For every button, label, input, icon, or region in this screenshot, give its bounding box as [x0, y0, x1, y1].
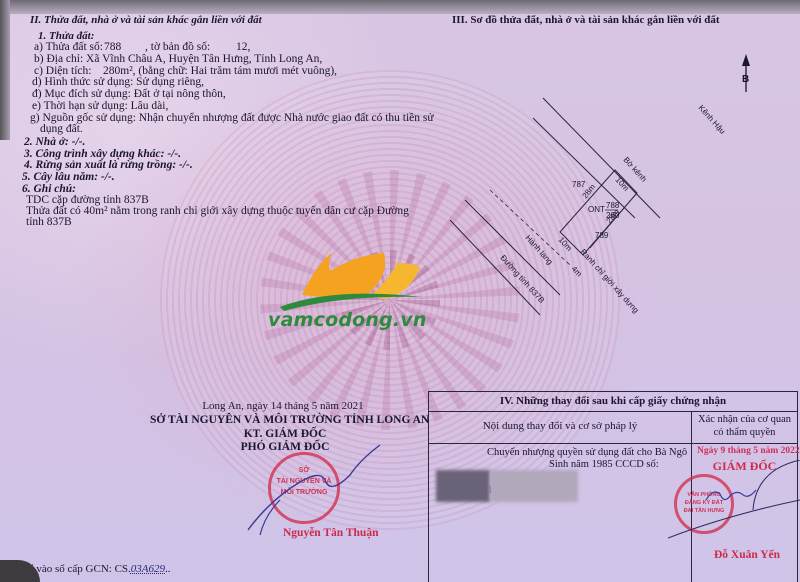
change-entry-line1: Chuyển nhượng quyền sử dụng đất cho Bà N… [487, 447, 687, 458]
changes-col-content: Nội dung thay đổi và cơ sở pháp lý [429, 420, 691, 432]
corridor-label: Hành lang [524, 233, 555, 266]
signer-title-kt: KT. GIÁM ĐỐC [200, 428, 370, 440]
plot-number-label: a) Thửa đất số: [34, 41, 103, 53]
signer-name-right: Đỗ Xuân Yến [714, 549, 780, 561]
plot-number-value: 788 [104, 41, 121, 53]
address-line: b) Địa chỉ: Xã Vĩnh Châu A, Huyện Tân Hư… [34, 53, 322, 65]
signer-name-left: Nguyễn Tân Thuận [283, 527, 378, 539]
parcel-area: 280 [606, 211, 620, 220]
col-confirm-line1: Xác nhận của cơ quan [692, 413, 797, 426]
confirm-date: Ngày 9 tháng 5 năm 2022 [697, 446, 800, 456]
register-value: 03A629 [131, 563, 165, 575]
note-line-3: tỉnh 837B [26, 216, 72, 228]
perennial-trees-item: 5. Cây lâu năm: -/-. [22, 171, 115, 183]
bottom-side-length: 10m [557, 235, 574, 253]
setback-width: 4m [570, 264, 584, 279]
planted-forest-item: 4. Rừng sản xuất là rừng trồng: -/-. [24, 159, 193, 171]
col-confirm-line2: có thẩm quyền [692, 426, 797, 439]
neighbor-right: 789 [595, 231, 609, 240]
changes-col-confirm: Xác nhận của cơ quan có thẩm quyền [692, 413, 797, 439]
usage-term: e) Thời hạn sử dụng: Lâu dài, [32, 100, 168, 112]
redacted-block-light [490, 470, 578, 502]
top-side-length: 10m [614, 175, 631, 193]
map-sheet-label: , tờ bản đồ số: [145, 41, 210, 53]
neighbor-left: 787 [572, 180, 586, 189]
change-entry-line2: Sinh năm 1985 CCCD số: [549, 459, 659, 470]
canal-bank-label: Bờ kênh [622, 155, 649, 183]
usage-form: d) Hình thức sử dụng: Sử dụng riêng, [32, 76, 204, 88]
register-number: Số vào sổ cấp GCN: CS.03A629.. [22, 563, 171, 575]
land-use-code: ONT [588, 205, 605, 214]
canal-label: Kênh Hậu [697, 103, 728, 135]
land-plot-diagram: B Kênh Hậu Bờ kênh 10m 28m 28m 10m 787 7… [440, 40, 800, 340]
note-line-2: Thửa đất có 40m² nằm trong ranh chỉ giới… [26, 205, 409, 217]
usage-origin: g) Nguồn gốc sử dụng: Nhận chuyển nhượng… [30, 112, 434, 124]
section-iii-title: III. Sơ đồ thửa đất, nhà ở và tài sản kh… [452, 14, 720, 26]
signature-left [240, 440, 400, 540]
watermark-text: vamcodong.vn [268, 309, 427, 331]
map-sheet-value: 12, [236, 41, 250, 53]
issuing-agency: SỞ TÀI NGUYÊN VÀ MÔI TRƯỜNG TỈNH LONG AN [150, 414, 420, 426]
redacted-block-dark [436, 470, 490, 502]
north-arrow-label: B [742, 74, 749, 85]
changes-title: IV. Những thay đổi sau khi cấp giấy chứn… [429, 395, 797, 407]
changes-header-row: Nội dung thay đổi và cơ sở pháp lý Xác n… [429, 411, 797, 444]
usage-origin-cont: dụng đất. [40, 123, 83, 135]
photo-background-top [0, 0, 800, 14]
section-ii-title: II. Thửa đất, nhà ở và tài sản khác gắn … [30, 14, 262, 26]
usage-purpose: đ) Mục đích sử dụng: Đất ở tại nông thôn… [32, 88, 226, 100]
photo-background-left [0, 0, 10, 140]
setback-label: Ranh chỉ giới xây dựng [579, 247, 641, 314]
house-item: 2. Nhà ở: -/-. [24, 136, 85, 148]
signature-right [668, 460, 800, 540]
changes-title-row: IV. Những thay đổi sau khi cấp giấy chứn… [429, 392, 797, 412]
parcel-number: 788 [606, 201, 620, 210]
issue-date: Long An, ngày 14 tháng 5 năm 2021 [178, 400, 388, 412]
